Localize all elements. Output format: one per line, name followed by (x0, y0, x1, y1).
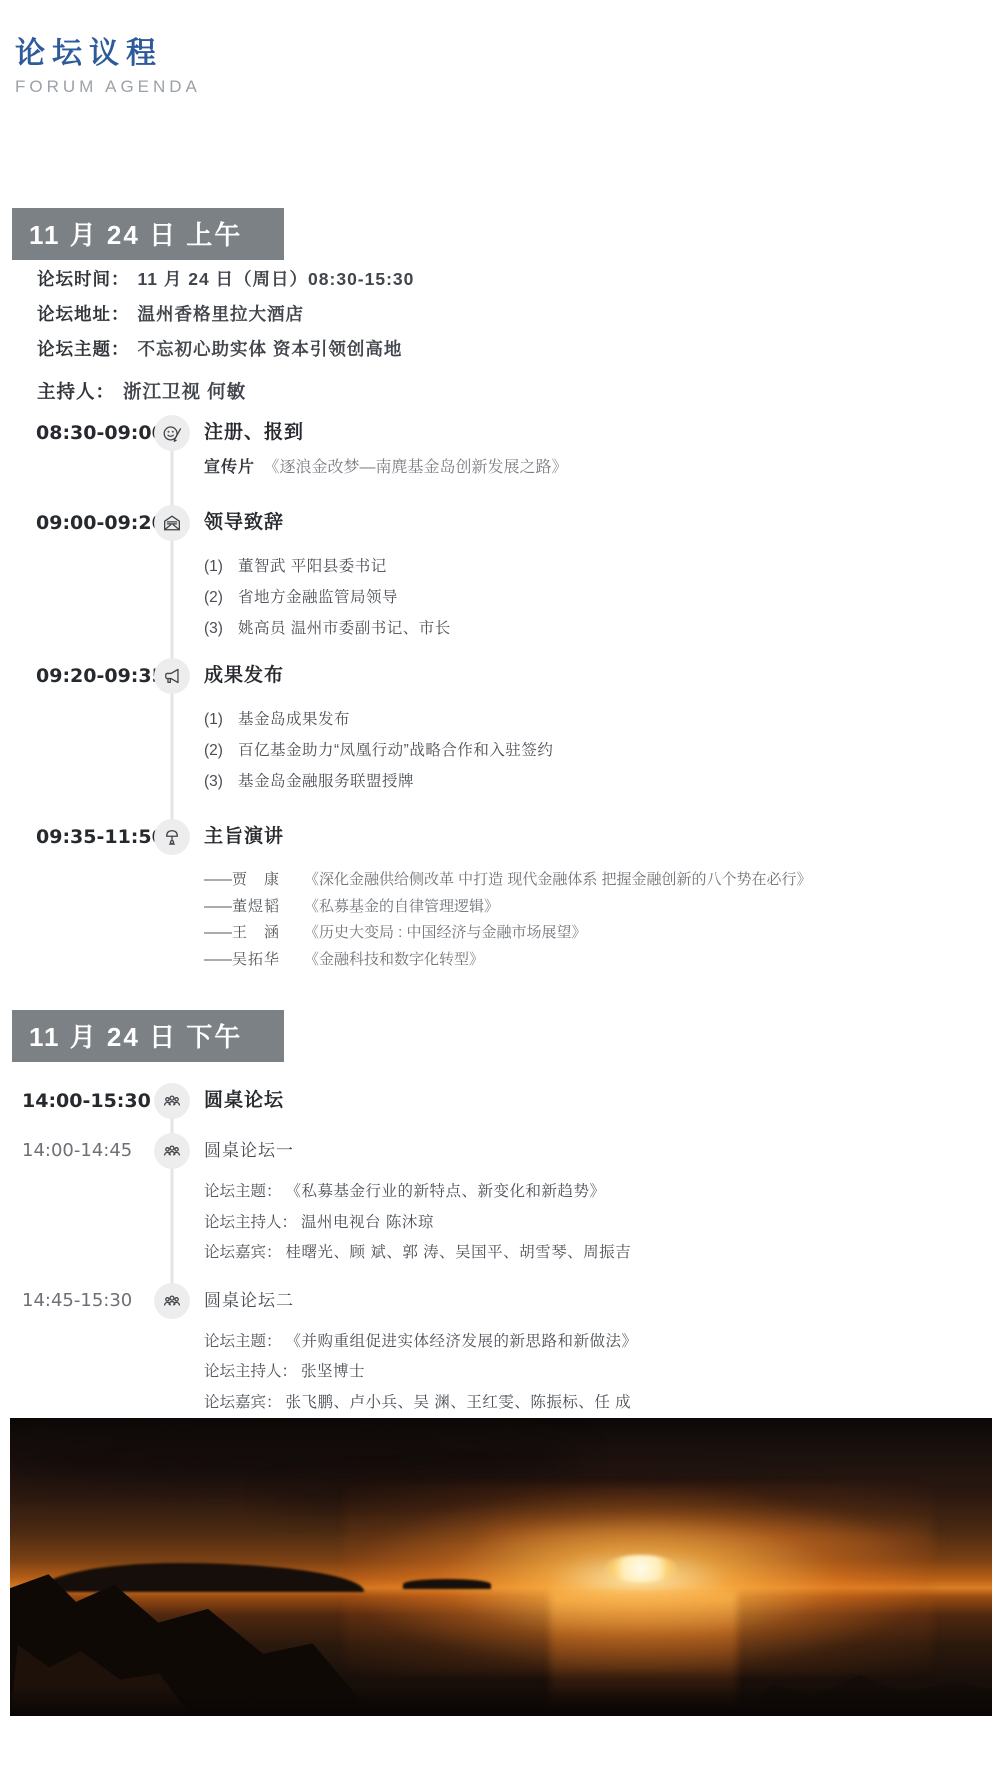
roundtable-label: 论坛主题： (204, 1327, 282, 1358)
sublist-item: (1) 基金岛成果发布 (204, 704, 1002, 735)
info-value: 11 月 24 日（周日）08:30-15:30 (138, 262, 415, 297)
speaker-dash: —— (204, 947, 230, 974)
photo-sea-edge (10, 1686, 992, 1716)
roundtable-label: 论坛主题： (204, 1177, 282, 1208)
timeline-item-roundtable-1: 14:00-14:45 圆桌论坛一 论坛主题： 《私募基金行业的新特点、新变化和… (0, 1133, 1002, 1283)
page-title: 论坛议程 (15, 28, 201, 72)
speaker-name: 王 涵 (232, 920, 304, 947)
speaker-row: —— 董煜韬 《私募基金的自律管理逻辑》 (204, 894, 1002, 921)
item-number: (1) (204, 704, 238, 735)
event-title: 圆桌论坛 (204, 1083, 1002, 1119)
info-row-host: 主持人： 浙江卫视 何敏 (37, 374, 414, 409)
afternoon-section-header: 11 月 24 日 下午 (12, 1010, 284, 1062)
speaker-dash: —— (204, 867, 230, 894)
timeline-node (140, 658, 204, 819)
roundtable-details: 论坛主题： 《私募基金行业的新特点、新变化和新趋势》 论坛主持人： 温州电视台 … (204, 1177, 1002, 1269)
morning-timeline: 08:30-09:00 注册、报到 宣传片 《逐浪金改梦—南麂基金岛创新发展之路… (0, 415, 1002, 973)
item-number: (2) (204, 735, 238, 766)
item-number: (3) (204, 613, 238, 644)
time-label: 08:30-09:00 (0, 415, 140, 505)
time-label: 14:00-14:45 (0, 1133, 140, 1283)
roundtable-row: 论坛主持人： 温州电视台 陈沐琼 (204, 1208, 1002, 1239)
sunset-photo (10, 1418, 992, 1716)
speaker-topic: 《历史大变局 : 中国经济与金融市场展望》 (304, 920, 587, 947)
speech-envelope-icon (154, 505, 190, 541)
registration-icon (154, 415, 190, 451)
time-label: 09:35-11:50 (0, 819, 140, 973)
roundtable-label: 论坛嘉宾： (204, 1388, 282, 1419)
event-title: 主旨演讲 (204, 819, 1002, 855)
roundtable-value: 《并购重组促进实体经济发展的新思路和新做法》 (286, 1327, 638, 1358)
speaker-topic: 《金融科技和数字化转型》 (304, 947, 484, 974)
event-title: 注册、报到 (204, 415, 1002, 451)
timeline-node (140, 1283, 204, 1419)
forum-info-block: 论坛时间： 11 月 24 日（周日）08:30-15:30 论坛地址： 温州香… (37, 262, 414, 409)
roundtable-row: 论坛主题： 《私募基金行业的新特点、新变化和新趋势》 (204, 1177, 1002, 1208)
roundtable-icon (154, 1283, 190, 1319)
speaker-row: —— 王 涵 《历史大变局 : 中国经济与金融市场展望》 (204, 920, 1002, 947)
speaker-topic: 《私募基金的自律管理逻辑》 (304, 894, 499, 921)
roundtable-value: 张坚博士 (301, 1357, 365, 1388)
info-label: 主持人： (37, 374, 115, 409)
event-content: 圆桌论坛一 论坛主题： 《私募基金行业的新特点、新变化和新趋势》 论坛主持人： … (204, 1133, 1002, 1283)
sublist-item: (2) 百亿基金助力“凤凰行动”战略合作和入驻签约 (204, 735, 1002, 766)
roundtable-label: 论坛主持人： (204, 1357, 297, 1388)
roundtable-value: 《私募基金行业的新特点、新变化和新趋势》 (286, 1177, 606, 1208)
speaker-dash: —— (204, 920, 230, 947)
promo-label: 宣传片 (204, 459, 255, 476)
info-row-address: 论坛地址： 温州香格里拉大酒店 (37, 297, 414, 332)
roundtable-details: 论坛主题： 《并购重组促进实体经济发展的新思路和新做法》 论坛主持人： 张坚博士… (204, 1327, 1002, 1419)
promo-title: 《逐浪金改梦—南麂基金岛创新发展之路》 (263, 459, 567, 476)
event-title: 成果发布 (204, 658, 1002, 694)
roundtable-label: 论坛嘉宾： (204, 1238, 282, 1269)
info-label: 论坛地址： (37, 297, 130, 332)
timeline-item-achievements: 09:20-09:35 成果发布 (1) 基金岛成果发布 (2) 百亿基金助力“… (0, 658, 1002, 819)
timeline-node (140, 415, 204, 505)
speaker-name: 吴拓华 (232, 947, 304, 974)
item-number: (3) (204, 766, 238, 797)
speaker-topic: 《深化金融供给侧改革 中打造 现代金融体系 把握金融创新的八个势在必行》 (304, 867, 812, 894)
afternoon-timeline: 14:00-15:30 圆桌论坛 14:00-14:45 (0, 1083, 1002, 1418)
event-content: 主旨演讲 —— 贾 康 《深化金融供给侧改革 中打造 现代金融体系 把握金融创新… (204, 819, 1002, 973)
sublist-item: (2) 省地方金融监管局领导 (204, 582, 1002, 613)
speaker-list: —— 贾 康 《深化金融供给侧改革 中打造 现代金融体系 把握金融创新的八个势在… (204, 867, 1002, 973)
item-text: 董智武 平阳县委书记 (238, 551, 387, 582)
speaker-dash: —— (204, 894, 230, 921)
timeline-node (140, 819, 204, 973)
timeline-item-roundtable: 14:00-15:30 圆桌论坛 (0, 1083, 1002, 1133)
timeline-item-registration: 08:30-09:00 注册、报到 宣传片 《逐浪金改梦—南麂基金岛创新发展之路… (0, 415, 1002, 505)
speaker-row: —— 贾 康 《深化金融供给侧改革 中打造 现代金融体系 把握金融创新的八个势在… (204, 867, 1002, 894)
roundtable-value: 温州电视台 陈沐琼 (301, 1208, 434, 1239)
roundtable-row: 论坛主题： 《并购重组促进实体经济发展的新思路和新做法》 (204, 1327, 1002, 1358)
event-content: 成果发布 (1) 基金岛成果发布 (2) 百亿基金助力“凤凰行动”战略合作和入驻… (204, 658, 1002, 819)
info-label: 论坛主题： (37, 332, 130, 367)
info-row-theme: 论坛主题： 不忘初心助实体 资本引领创高地 (37, 332, 414, 367)
info-label: 论坛时间： (37, 262, 130, 297)
time-label: 09:00-09:20 (0, 505, 140, 658)
roundtable-icon (154, 1133, 190, 1169)
item-text: 基金岛成果发布 (238, 704, 350, 735)
timeline-node (140, 1133, 204, 1283)
roundtable-row: 论坛嘉宾： 张飞鹏、卢小兵、吴 渊、王红雯、陈振标、任 成 (204, 1388, 1002, 1419)
event-content: 领导致辞 (1) 董智武 平阳县委书记 (2) 省地方金融监管局领导 (3) 姚… (204, 505, 1002, 658)
timeline-node (140, 1083, 204, 1133)
sublist-item: (1) 董智武 平阳县委书记 (204, 551, 1002, 582)
roundtable-row: 论坛嘉宾： 桂曙光、顾 斌、郭 涛、吴国平、胡雪琴、周振吉 (204, 1238, 1002, 1269)
item-text: 基金岛金融服务联盟授牌 (238, 766, 414, 797)
sublist-item: (3) 姚高员 温州市委副书记、市长 (204, 613, 1002, 644)
roundtable-value: 张飞鹏、卢小兵、吴 渊、王红雯、陈振标、任 成 (286, 1388, 632, 1419)
page-subtitle: FORUM AGENDA (15, 77, 201, 97)
info-value: 浙江卫视 何敏 (123, 374, 246, 409)
page-title-block: 论坛议程 FORUM AGENDA (15, 28, 201, 97)
time-label: 14:00-15:30 (0, 1083, 140, 1133)
speaker-name: 董煜韬 (232, 894, 304, 921)
timeline-item-keynotes: 09:35-11:50 主旨演讲 —— 贾 康 《深化金融供给侧改革 中打造 现… (0, 819, 1002, 973)
roundtable-value: 桂曙光、顾 斌、郭 涛、吴国平、胡雪琴、周振吉 (286, 1238, 632, 1269)
roundtable-icon (154, 1083, 190, 1119)
event-title: 圆桌论坛一 (204, 1133, 1002, 1169)
agenda-sublist: (1) 基金岛成果发布 (2) 百亿基金助力“凤凰行动”战略合作和入驻签约 (3… (204, 704, 1002, 797)
info-value: 温州香格里拉大酒店 (138, 297, 305, 332)
timeline-item-leader-speeches: 09:00-09:20 领导致辞 (1) 董智武 平阳县委书记 (2) 省地方金 (0, 505, 1002, 658)
item-text: 省地方金融监管局领导 (238, 582, 398, 613)
morning-section-header: 11 月 24 日 上午 (12, 208, 284, 260)
event-title: 圆桌论坛二 (204, 1283, 1002, 1319)
megaphone-icon (154, 658, 190, 694)
speaker-row: —— 吴拓华 《金融科技和数字化转型》 (204, 947, 1002, 974)
item-number: (2) (204, 582, 238, 613)
sublist-item: (3) 基金岛金融服务联盟授牌 (204, 766, 1002, 797)
speaker-name: 贾 康 (232, 867, 304, 894)
timeline-item-roundtable-2: 14:45-15:30 圆桌论坛二 论坛主题： 《并购重组促进实体经济发展的新思… (0, 1283, 1002, 1419)
event-content: 注册、报到 宣传片 《逐浪金改梦—南麂基金岛创新发展之路》 (204, 415, 1002, 505)
timeline-node (140, 505, 204, 658)
time-label: 14:45-15:30 (0, 1283, 140, 1419)
keynote-icon (154, 819, 190, 855)
agenda-sublist: (1) 董智武 平阳县委书记 (2) 省地方金融监管局领导 (3) 姚高员 温州… (204, 551, 1002, 644)
time-label: 09:20-09:35 (0, 658, 140, 819)
item-text: 百亿基金助力“凤凰行动”战略合作和入驻签约 (238, 735, 553, 766)
photo-islet (403, 1579, 491, 1589)
event-content: 圆桌论坛二 论坛主题： 《并购重组促进实体经济发展的新思路和新做法》 论坛主持人… (204, 1283, 1002, 1419)
promo-line: 宣传片 《逐浪金改梦—南麂基金岛创新发展之路》 (204, 453, 1002, 483)
event-content: 圆桌论坛 (204, 1083, 1002, 1133)
item-number: (1) (204, 551, 238, 582)
roundtable-label: 论坛主持人： (204, 1208, 297, 1239)
photo-cloud (10, 1430, 580, 1484)
photo-sun (604, 1555, 678, 1582)
roundtable-row: 论坛主持人： 张坚博士 (204, 1357, 1002, 1388)
event-title: 领导致辞 (204, 505, 1002, 541)
item-text: 姚高员 温州市委副书记、市长 (238, 613, 451, 644)
info-row-time: 论坛时间： 11 月 24 日（周日）08:30-15:30 (37, 262, 414, 297)
info-value: 不忘初心助实体 资本引领创高地 (138, 332, 403, 367)
